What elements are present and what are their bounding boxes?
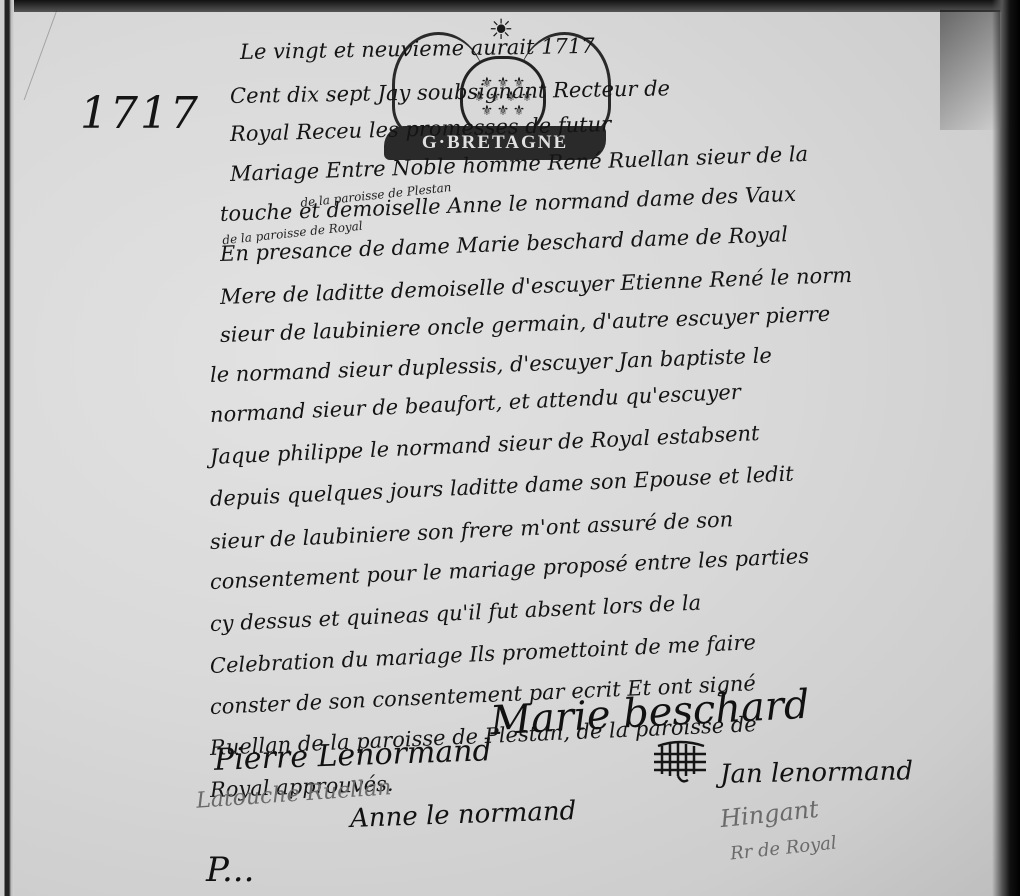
text-line: cy dessus et quineas qu'il fut absent lo… bbox=[209, 591, 701, 636]
text-line: le normand sieur duplessis, d'escuyer Ja… bbox=[210, 343, 773, 387]
paraph-flourish-icon bbox=[648, 738, 712, 784]
text-line: sieur de laubiniere oncle germain, d'aut… bbox=[220, 302, 831, 347]
text-line: consentement pour le mariage proposé ent… bbox=[209, 544, 809, 594]
margin-year: 1717 bbox=[80, 88, 200, 139]
text-line: Jaque philippe le normand sieur de Royal… bbox=[209, 421, 759, 469]
text-line: sieur de laubiniere son frere m'ont assu… bbox=[209, 507, 733, 554]
next-entry-partial: P... bbox=[206, 850, 254, 890]
binding-edge bbox=[0, 0, 14, 896]
register-page: 1717 ☀ ⚜ ⚜ ⚜⚜ ⚜ ⚜ ⚜⚜ ⚜ ⚜ G·BRETAGNE Le v… bbox=[0, 0, 1020, 896]
signature-recteur-royal: Rr de Royal bbox=[729, 832, 837, 864]
corner-stain bbox=[940, 10, 1000, 130]
text-line: Celebration du mariage Ils promettoint d… bbox=[209, 630, 756, 678]
page-right-shadow bbox=[992, 0, 1020, 896]
paper-crease bbox=[24, 10, 178, 100]
signature-hingant: Hingant bbox=[719, 795, 820, 833]
text-line: normand sieur de beaufort, et attendu qu… bbox=[209, 380, 741, 427]
text-line: depuis quelques jours laditte dame son E… bbox=[209, 462, 794, 511]
signature-anne-le-normand: Anne le normand bbox=[350, 796, 577, 834]
signature-jan-lenormand: Jan lenormand bbox=[720, 756, 914, 789]
text-line: Mere de laditte demoiselle d'escuyer Eti… bbox=[220, 263, 853, 309]
